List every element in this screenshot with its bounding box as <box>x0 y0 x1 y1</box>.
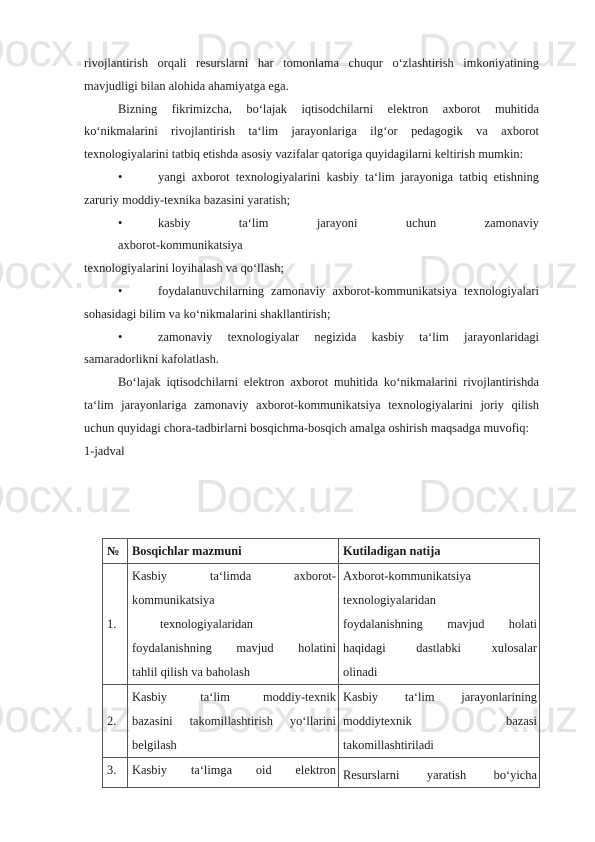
table-row: 3. Kasbiy ta‘limga oid elektron Resursla… <box>103 758 540 788</box>
bullet-text: kasbiy ta‘lim jarayoni uchun zamonaviy <box>158 216 539 230</box>
cell-line: texnologiyalaridan <box>343 588 537 612</box>
bullet-marker: • <box>84 212 158 235</box>
cell-line: belgilash <box>132 733 336 757</box>
stage-cell: Kasbiy ta‘limda axborot- kommunikatsiya … <box>128 564 339 685</box>
column-header-number: № <box>103 539 128 564</box>
row-number: 3. <box>103 758 128 788</box>
stages-table: № Bosqichlar mazmuni Kutiladigan natija … <box>102 538 540 788</box>
bullet-item: •foydalanuvchilarning zamonaviy axborot-… <box>84 280 539 326</box>
table-header-row: № Bosqichlar mazmuni Kutiladigan natija <box>103 539 540 564</box>
bullet-text: texnologiyalarini loyihalash va qo‘llash… <box>84 261 284 275</box>
result-cell: Resurslarni yaratish bo‘yicha <box>339 758 540 788</box>
bullet-text-continuation: axborot-kommunikatsiya <box>84 234 539 257</box>
bullet-text: axborot-kommunikatsiya <box>118 238 243 252</box>
cell-line: texnologiyalaridan <box>132 612 336 636</box>
bullet-item: •yangi axborot texnologiyalarini kasbiy … <box>84 166 539 212</box>
column-header-stage: Bosqichlar mazmuni <box>128 539 339 564</box>
table-row: 2. Kasbiy ta‘lim moddiy-texnik bazasini … <box>103 685 540 758</box>
cell-line: tahlil qilish va baholash <box>132 660 336 684</box>
paragraph-intro-continuation: rivojlantirish orqali resurslarni har to… <box>84 52 539 98</box>
document-page: rivojlantirish orqali resurslarni har to… <box>84 52 539 462</box>
cell-line: takomillashtiriladi <box>343 733 537 757</box>
bullet-item: •zamonaviy texnologiyalar negizida kasbi… <box>84 326 539 372</box>
cell-line: haqidagi dastlabki xulosalar <box>343 636 537 660</box>
row-number: 1. <box>103 564 128 685</box>
paragraph-tasks-intro: Bizning fikrimizcha, bo‘lajak iqtisodchi… <box>84 98 539 166</box>
stage-cell: Kasbiy ta‘limga oid elektron <box>128 758 339 788</box>
cell-line: Axborot-kommunikatsiya <box>343 564 537 588</box>
table-row: 1. Kasbiy ta‘limda axborot- kommunikatsi… <box>103 564 540 685</box>
watermark: Docx.uz <box>195 476 354 516</box>
cell-line: foydalanishning mavjud holati <box>343 612 537 636</box>
cell-line: kommunikatsiya <box>132 588 336 612</box>
bullet-marker: • <box>84 326 158 349</box>
bullet-item: •kasbiy ta‘lim jarayoni uchun zamonaviy <box>84 212 539 235</box>
column-header-result: Kutiladigan natija <box>339 539 540 564</box>
watermark-row: Docx.uz Docx.uz Docx.uz <box>0 476 595 516</box>
stage-cell: Kasbiy ta‘lim moddiy-texnik bazasini tak… <box>128 685 339 758</box>
paragraph-measures: Bo‘lajak iqtisodchilarni elektron axboro… <box>84 371 539 439</box>
result-cell: Kasbiy ta‘lim jarayonlarining moddiytexn… <box>339 685 540 758</box>
bullet-text-continuation: texnologiyalarini loyihalash va qo‘llash… <box>84 257 539 280</box>
bullet-marker: • <box>84 280 158 303</box>
table-caption: 1-jadval <box>84 440 539 463</box>
cell-line: Kasbiy ta‘limga oid elektron <box>132 758 336 782</box>
row-number: 2. <box>103 685 128 758</box>
watermark: Docx.uz <box>0 476 131 516</box>
cell-line: Kasbiy ta‘limda axborot- <box>132 564 336 588</box>
bullet-marker: • <box>84 166 158 189</box>
result-cell: Axborot-kommunikatsiya texnologiyalarida… <box>339 564 540 685</box>
cell-line: moddiytexnik bazasi <box>343 709 537 733</box>
cell-line: olinadi <box>343 660 537 684</box>
cell-line: bazasini takomillashtirish yo‘llarini <box>132 709 336 733</box>
watermark: Docx.uz <box>418 476 577 516</box>
cell-line: Kasbiy ta‘lim jarayonlarining <box>343 685 537 709</box>
cell-line: Kasbiy ta‘lim moddiy-texnik <box>132 685 336 709</box>
cell-line: Resurslarni yaratish bo‘yicha <box>343 763 537 787</box>
cell-line: foydalanishning mavjud holatini <box>132 636 336 660</box>
